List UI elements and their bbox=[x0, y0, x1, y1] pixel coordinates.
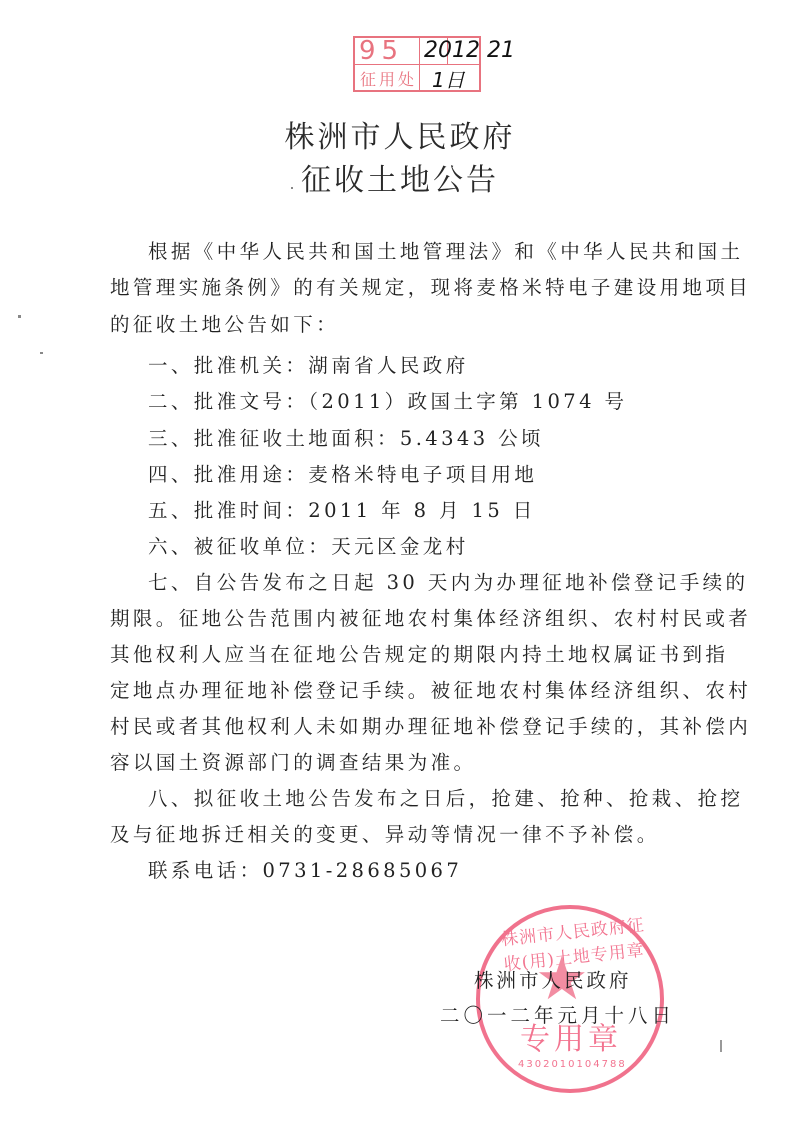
stamp-divider bbox=[419, 38, 420, 90]
signature-issuer: 株洲市人民政府 bbox=[474, 965, 632, 993]
scan-speck bbox=[720, 1040, 722, 1052]
document-title: 征收土地公告 bbox=[0, 155, 800, 199]
item-expropriated-unit: 六、被征收单位：天元区金龙村 bbox=[148, 531, 469, 559]
official-seal: 株洲市人民政府征收(用)土地专用章 ★ 专用章 4302010104788 bbox=[476, 905, 664, 1093]
body-line: 其他权利人应当在征地公告规定的期限内持土地权属证书到指 bbox=[110, 639, 728, 667]
stamp-number: 95 bbox=[359, 36, 404, 66]
item-approval-date: 五、批准时间：2011 年 8 月 15 日 bbox=[148, 495, 536, 523]
handwritten-date: 2012 21 bbox=[424, 38, 515, 63]
scan-speck bbox=[291, 187, 293, 189]
scan-speck bbox=[18, 315, 21, 318]
item-approval-number: 二、批准文号：（2011）政国土字第 1074 号 bbox=[148, 386, 627, 414]
item-land-area: 三、批准征收土地面积：5.4343 公顷 bbox=[148, 423, 544, 451]
body-line: 地管理实施条例》的有关规定，现将麦格米特电子建设用地项目 bbox=[110, 272, 751, 300]
stamp-office-label: 征用处 bbox=[360, 67, 417, 90]
item-land-use: 四、批准用途：麦格米特电子项目用地 bbox=[148, 459, 537, 487]
body-line: 八、拟征收土地公告发布之日后，抢建、抢种、抢栽、抢挖 bbox=[148, 783, 743, 811]
body-line: 及与征地拆迁相关的变更、异动等情况一律不予补偿。 bbox=[110, 819, 660, 847]
item-approval-authority: 一、批准机关：湖南省人民政府 bbox=[148, 350, 469, 378]
issuer-heading: 株洲市人民政府 bbox=[0, 112, 800, 156]
body-line: 期限。征地公告范围内被征地农村集体经济组织、农村村民或者 bbox=[110, 603, 751, 631]
body-line: 七、自公告发布之日起 30 天内为办理征地补偿登记手续的 bbox=[148, 567, 748, 595]
body-line: 的征收土地公告如下： bbox=[110, 309, 339, 337]
signature-date: 二〇一二年元月十八日 bbox=[440, 1000, 675, 1028]
body-line: 定地点办理征地补偿登记手续。被征地农村集体经济组织、农村 bbox=[110, 675, 751, 703]
body-line: 根据《中华人民共和国土地管理法》和《中华人民共和国土 bbox=[148, 236, 743, 264]
contact-phone: 联系电话：0731-28685067 bbox=[148, 855, 462, 883]
handwritten-note: 1日 bbox=[432, 64, 465, 93]
seal-code: 4302010104788 bbox=[518, 1059, 627, 1070]
body-line: 村民或者其他权利人未如期办理征地补偿登记手续的，其补偿内 bbox=[110, 711, 751, 739]
body-line: 容以国土资源部门的调查结果为准。 bbox=[110, 747, 476, 775]
scan-speck bbox=[40, 352, 43, 354]
